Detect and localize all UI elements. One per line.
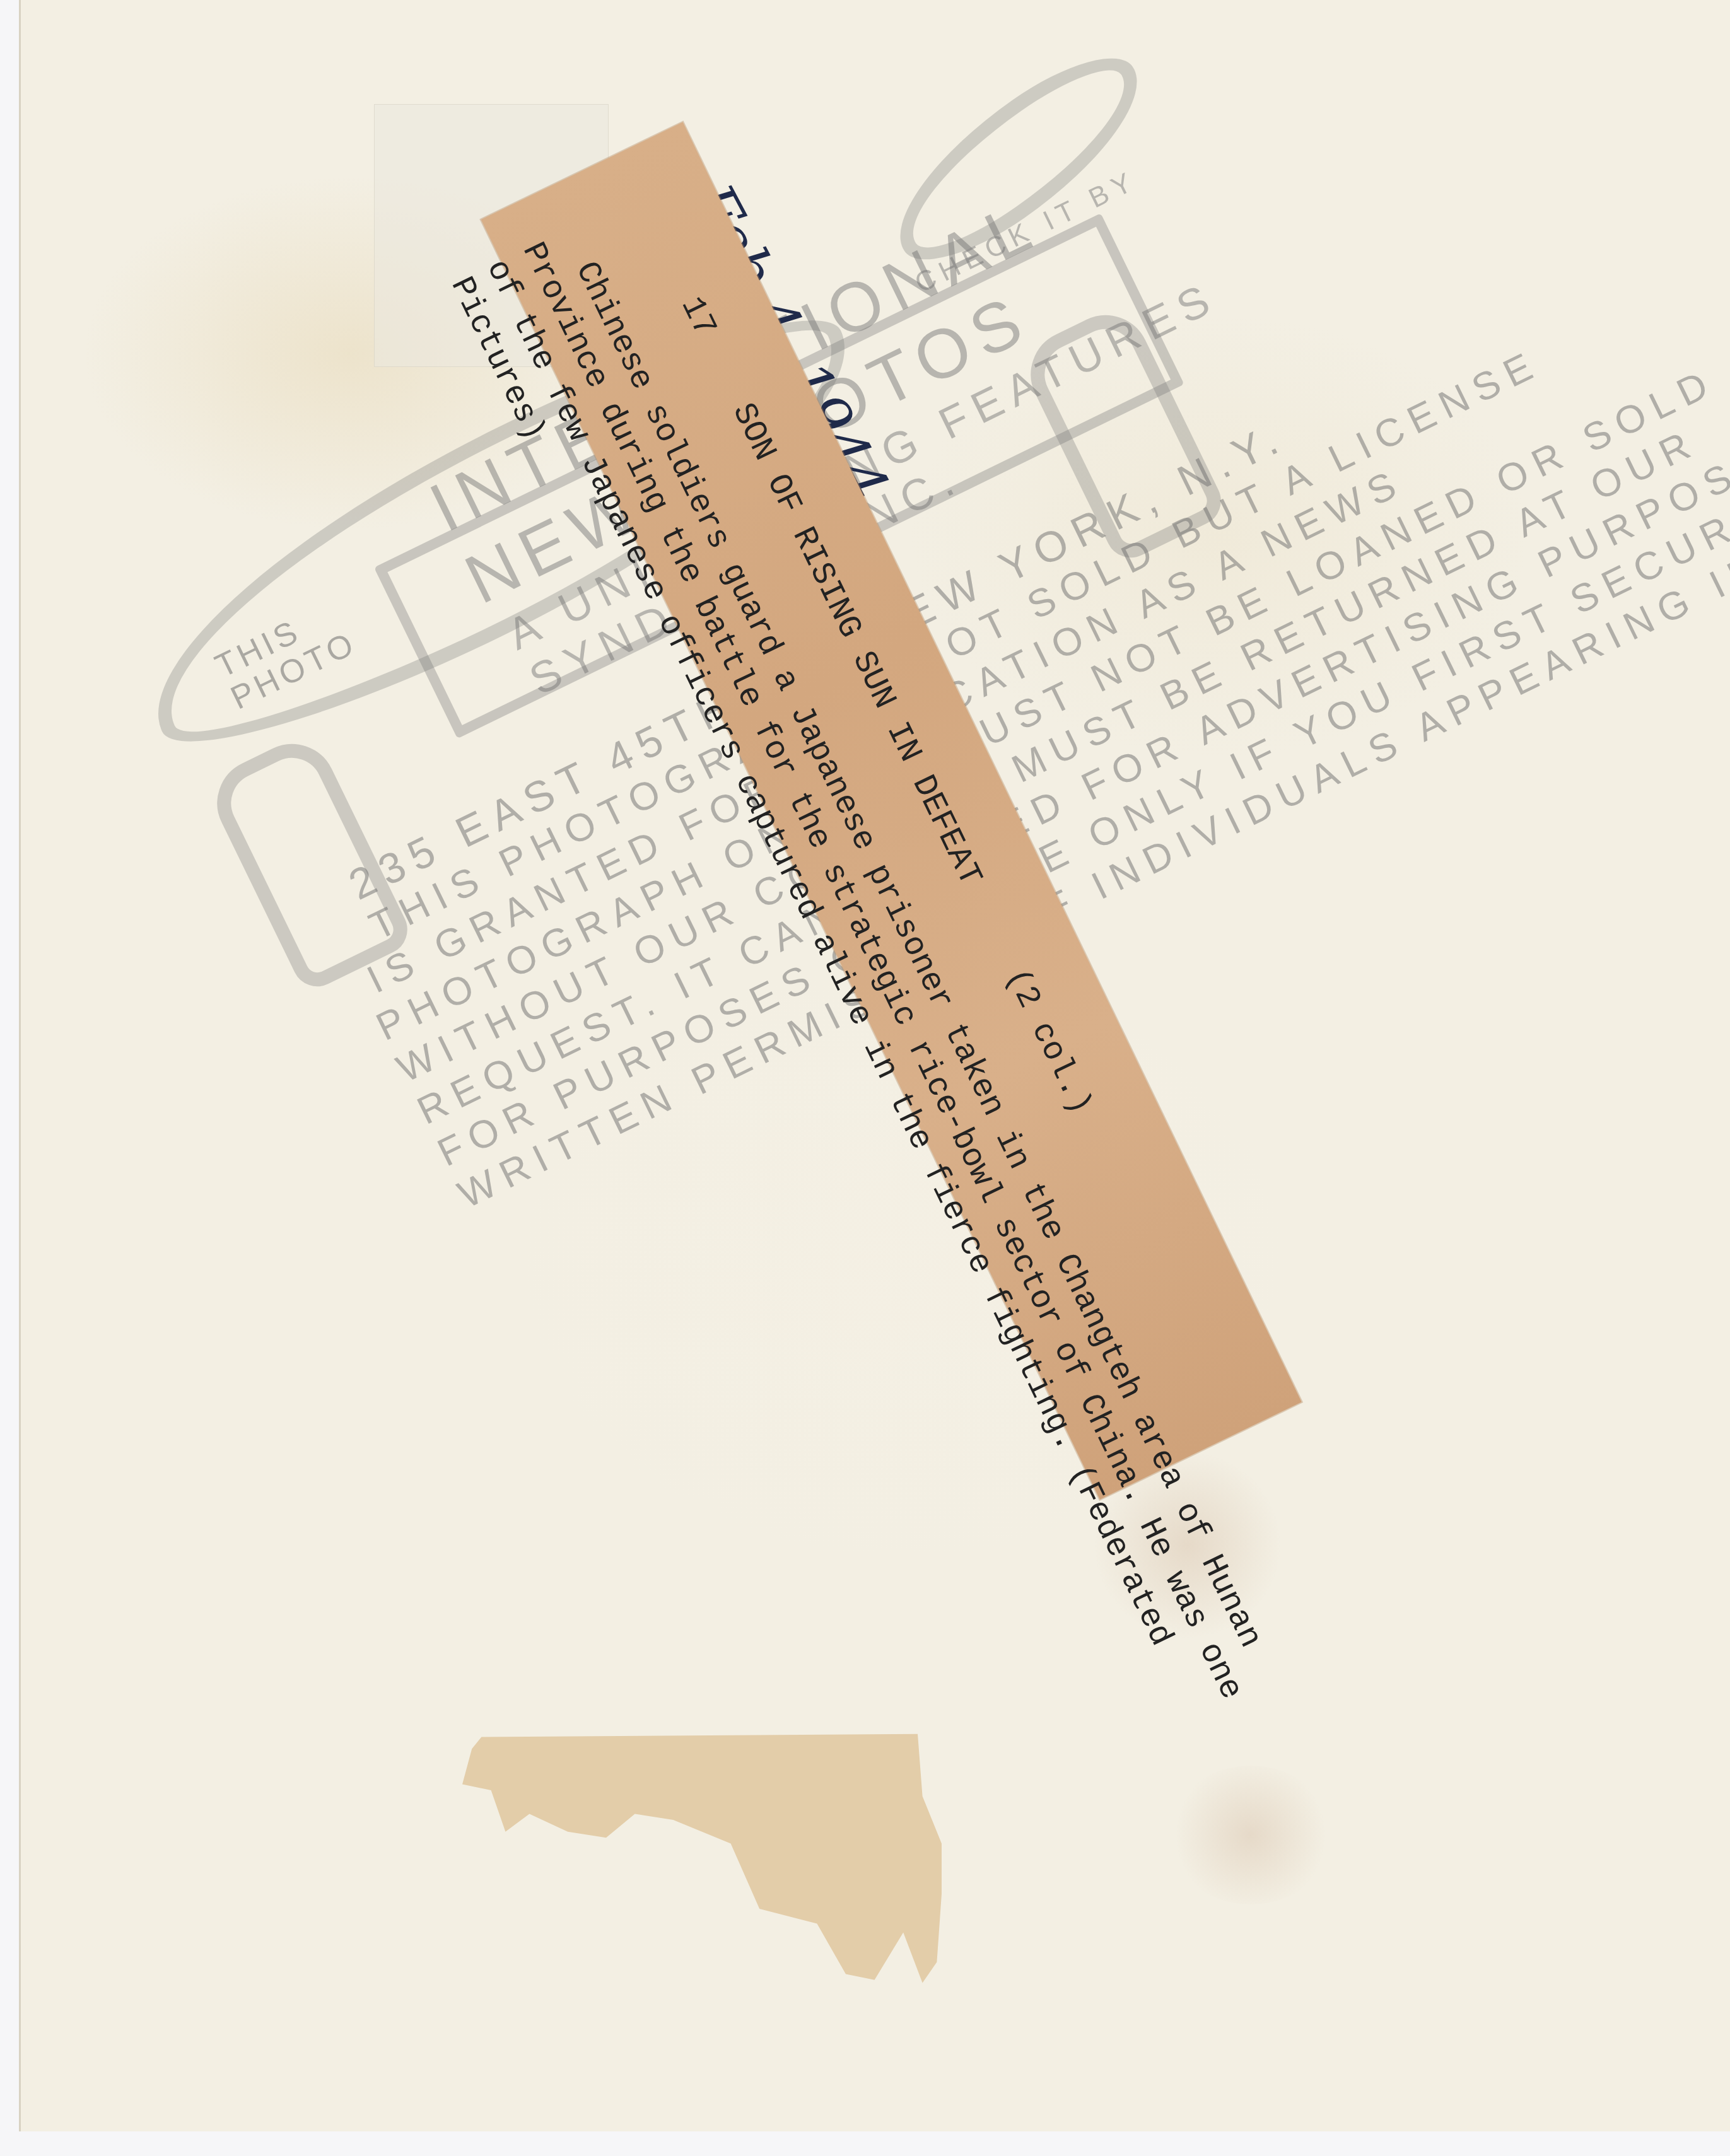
stain xyxy=(1169,1766,1333,1904)
caption-column-note: (2 col.) xyxy=(997,962,1101,1121)
torn-paper-remnant xyxy=(462,1731,942,2027)
